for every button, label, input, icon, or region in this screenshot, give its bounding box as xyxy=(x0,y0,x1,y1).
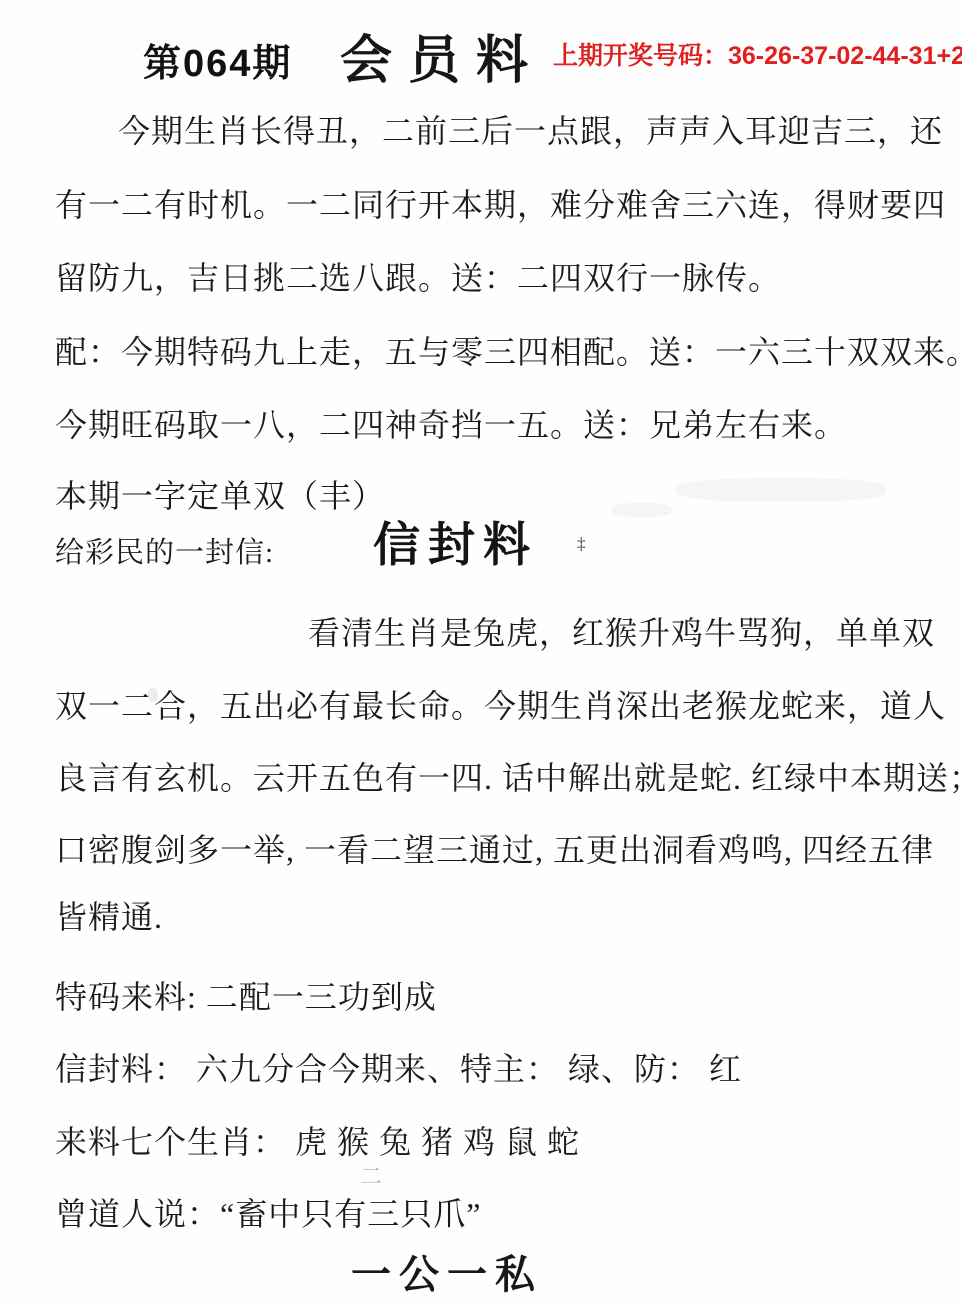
letter-heading: 信封料 xyxy=(373,508,538,575)
letter-line: 口密腹剑多一举, 一看二望三通过, 五更出洞看鸡鸣, 四经五律 xyxy=(55,825,934,871)
scan-smudge xyxy=(148,688,158,702)
special-code-line: 特码来料: 二配一三功到成 xyxy=(55,972,437,1018)
letter-line: 良言有玄机。云开五色有一四. 话中解出就是蛇. 红绿中本期送； xyxy=(55,753,962,799)
zodiac-line: 来料七个生肖： 虎 猴 兔 猪 鸡 鼠 蛇 xyxy=(55,1117,580,1163)
issue-number: 第064期 xyxy=(143,32,292,87)
quote-line: 曾道人说：“畜中只有三只爪” xyxy=(55,1189,481,1235)
lottery-tip-sheet: 第064期 会员料 上期开奖号码：36-26-37-02-44-31+28 今期… xyxy=(0,0,962,1307)
faint-ink-mark: 二 xyxy=(360,1160,382,1191)
letter-line: 皆精通. xyxy=(55,892,163,938)
member-line: 今期旺码取一八，二四神奇挡一五。送：兄弟左右来。 xyxy=(55,400,847,446)
ink-mark: ‡ xyxy=(577,534,586,554)
envelope-line: 信封料： 六九分合今期来、特主： 绿、防： 红 xyxy=(55,1044,742,1090)
scan-smudge xyxy=(612,503,672,517)
scan-smudge xyxy=(676,478,886,502)
letter-line: 看清生肖是兔虎，红猴升鸡牛骂狗，单单双 xyxy=(308,608,935,654)
member-line: 留防九，吉日挑二选八跟。送：二四双行一脉传。 xyxy=(55,253,781,299)
letter-line: 双一二合，五出必有最长命。今期生肖深出老猴龙蛇来，道人 xyxy=(55,681,946,727)
last-draw-numbers: 上期开奖号码：36-26-37-02-44-31+28 xyxy=(553,36,962,72)
page-title: 会员料 xyxy=(340,18,544,93)
letter-intro-label: 给彩民的一封信: xyxy=(55,530,274,571)
member-line: 本期一字定单双（丰） xyxy=(55,471,385,517)
footer-slogan: 一公一私 xyxy=(0,1243,928,1300)
member-line: 今期生肖长得丑，二前三后一点跟，声声入耳迎吉三，还 xyxy=(118,106,943,152)
member-line: 配：今期特码九上走，五与零三四相配。送：一六三十双双来。 xyxy=(55,327,962,373)
member-line: 有一二有时机。一二同行开本期，难分难舍三六连，得财要四 xyxy=(55,180,946,226)
